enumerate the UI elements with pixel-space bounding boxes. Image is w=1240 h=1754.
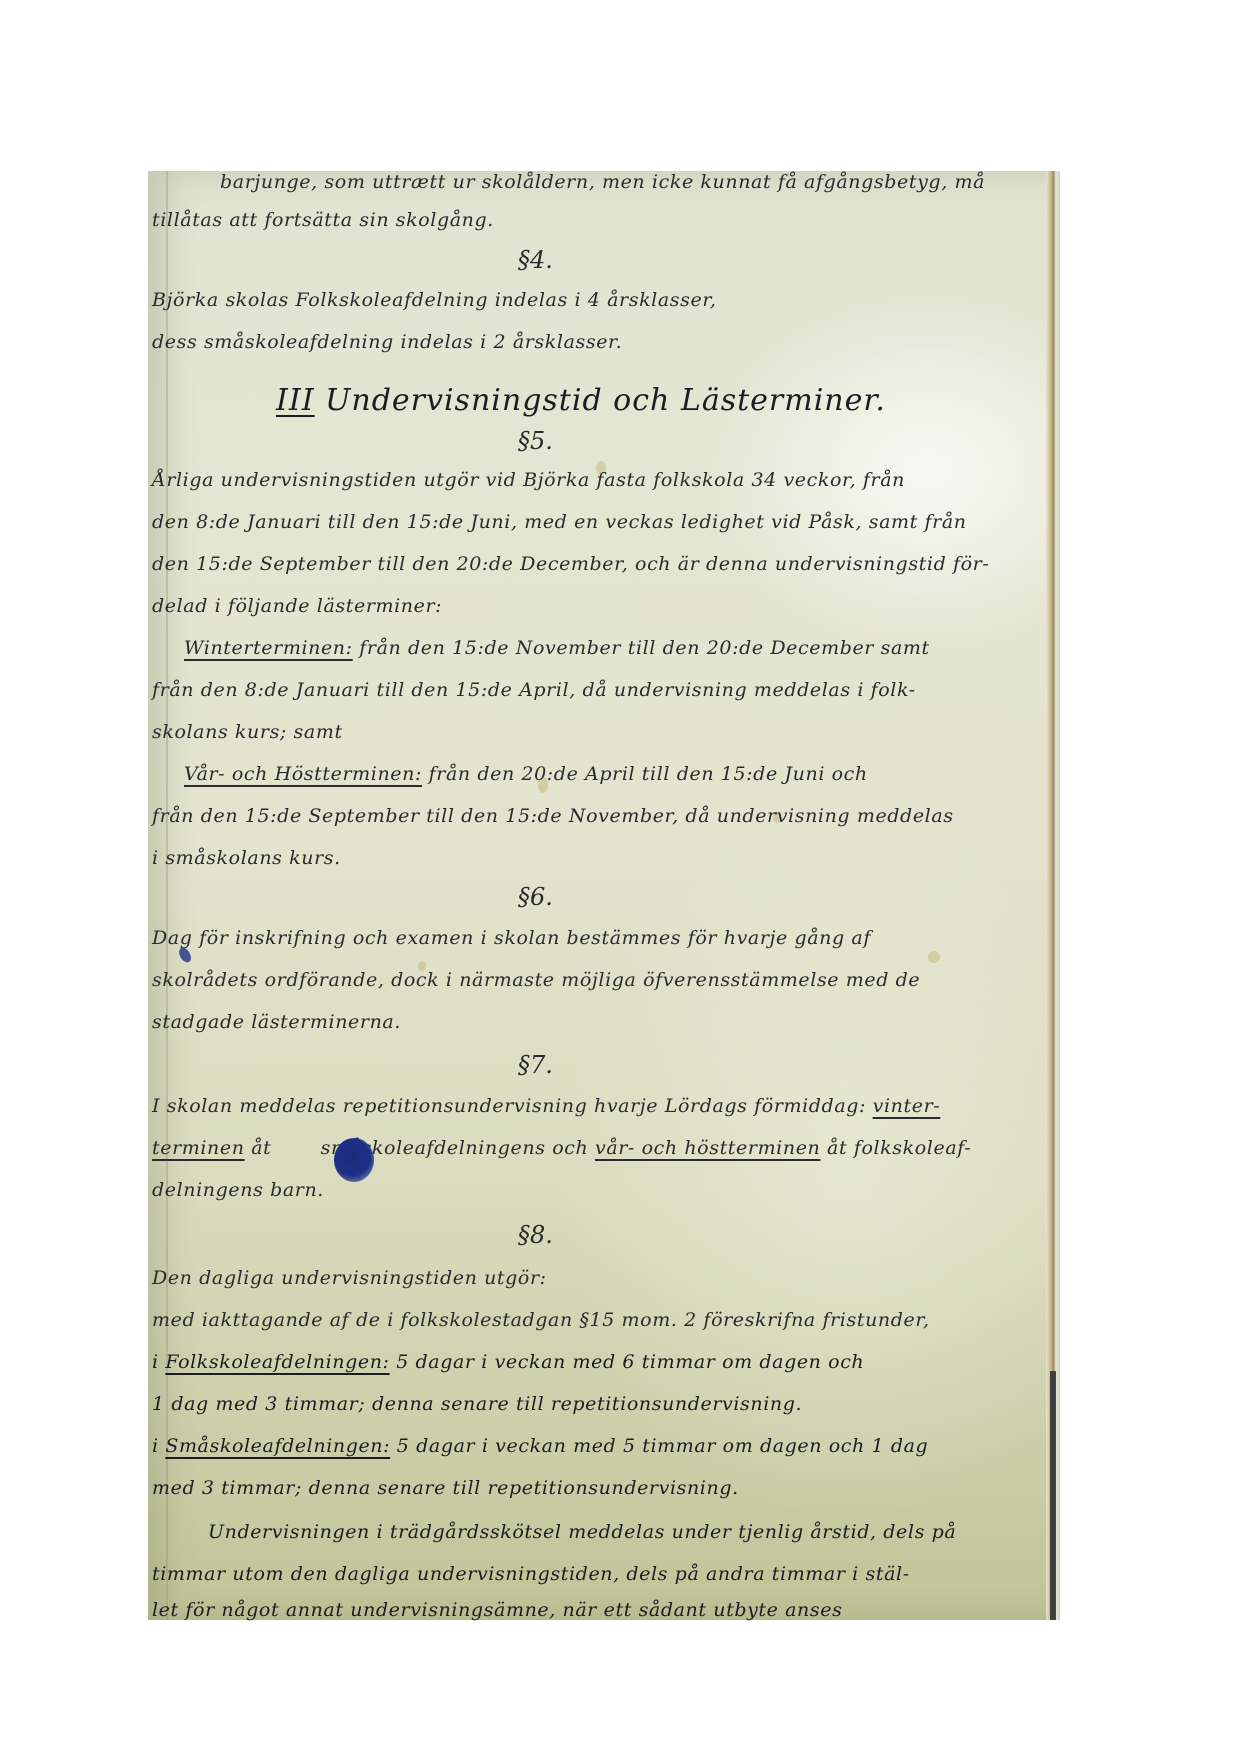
chapter-heading: III Undervisningstid och Lästerminer. [276,383,886,418]
page-binding-shadow [1050,1371,1056,1620]
paragraph-number: §5. [518,427,553,455]
text-span: åt folkskoleaf- [827,1137,971,1159]
text-line: terminen åt småskoleafdelningens och vår… [152,1137,971,1159]
text-line: stadgade lästerminerna. [152,1011,401,1033]
text-line: skolrådets ordförande, dock i närmaste m… [152,969,920,991]
text-line: i Småskoleafdelningen: 5 dagar i veckan … [152,1435,928,1457]
text-line: den 8:de Januari till den 15:de Juni, me… [152,511,967,533]
text-line: med 3 timmar; denna senare till repetiti… [152,1477,739,1499]
smaskola-label: Småskoleafdelningen: [165,1435,390,1457]
text-span: 5 dagar i veckan med 6 timmar om dagen o… [396,1351,864,1373]
text-line: Dag för inskrifning och examen i skolan … [152,927,871,949]
paragraph-number: §6. [518,883,553,911]
text-line: Årliga undervisningstiden utgör vid Björ… [152,469,905,491]
text-line: barjunge, som uttrætt ur skolåldern, men… [220,171,985,193]
text-line: Den dagliga undervisningstiden utgör: [152,1267,547,1289]
ink-blot [334,1138,374,1182]
text-line: från den 15:de September till den 15:de … [152,805,954,827]
text-span: 5 dagar i veckan med 5 timmar om dagen o… [397,1435,928,1457]
text-line: Björka skolas Folkskoleafdelning indelas… [152,289,717,311]
chapter-title: Undervisningstid och Lästerminer. [325,383,886,418]
text-line: den 15:de September till den 20:de Decem… [152,553,989,575]
text-line: skolans kurs; samt [152,721,343,743]
text-line: 1 dag med 3 timmar; denna senare till re… [152,1393,802,1415]
paragraph-number: §4. [518,246,553,274]
text-span: åt [251,1137,271,1159]
paragraph-number: §8. [518,1221,553,1249]
text-span: från den 15:de November till den 20:de D… [359,637,929,659]
text-line: let för något annat undervisningsämne, n… [152,1599,842,1621]
underlined-term: terminen [152,1137,245,1159]
text-line: i Folkskoleafdelningen: 5 dagar i veckan… [152,1351,864,1373]
text-line: Undervisningen i trädgårdsskötsel meddel… [208,1521,956,1543]
chapter-numeral: III [276,383,315,418]
text-line: i småskolans kurs. [152,847,341,869]
text-span: i [152,1351,159,1373]
underlined-term: vår- och höstterminen [595,1137,820,1159]
text-line-winter: Winterterminen: från den 15:de November … [184,637,930,659]
text-line-spring-autumn: Vår- och Höstterminen: från den 20:de Ap… [184,763,868,785]
text-span: i [152,1435,159,1457]
text-span: I skolan meddelas repetitionsundervisnin… [152,1095,866,1117]
manuscript-page: barjunge, som uttrætt ur skolåldern, men… [148,171,1060,1620]
text-line: dess småskoleafdelning indelas i 2 årskl… [152,331,622,353]
text-span: från den 20:de April till den 15:de Juni… [429,763,868,785]
text-line: I skolan meddelas repetitionsundervisnin… [152,1095,940,1117]
text-line: delningens barn. [152,1179,324,1201]
folkskola-label: Folkskoleafdelningen: [165,1351,389,1373]
paper-stain [928,951,940,963]
paragraph-number: §7. [518,1051,553,1079]
text-line: tillåtas att fortsätta sin skolgång. [152,209,494,231]
text-line: från den 8:de Januari till den 15:de Apr… [152,679,916,701]
text-line: med iakttagande af de i folkskolestadgan… [152,1309,930,1331]
spring-autumn-term-label: Vår- och Höstterminen: [184,763,422,785]
text-line: delad i följande lästerminer: [152,595,442,617]
underlined-term: vinter- [873,1095,941,1117]
text-line: timmar utom den dagliga undervisningstid… [152,1563,910,1585]
winter-term-label: Winterterminen: [184,637,353,659]
